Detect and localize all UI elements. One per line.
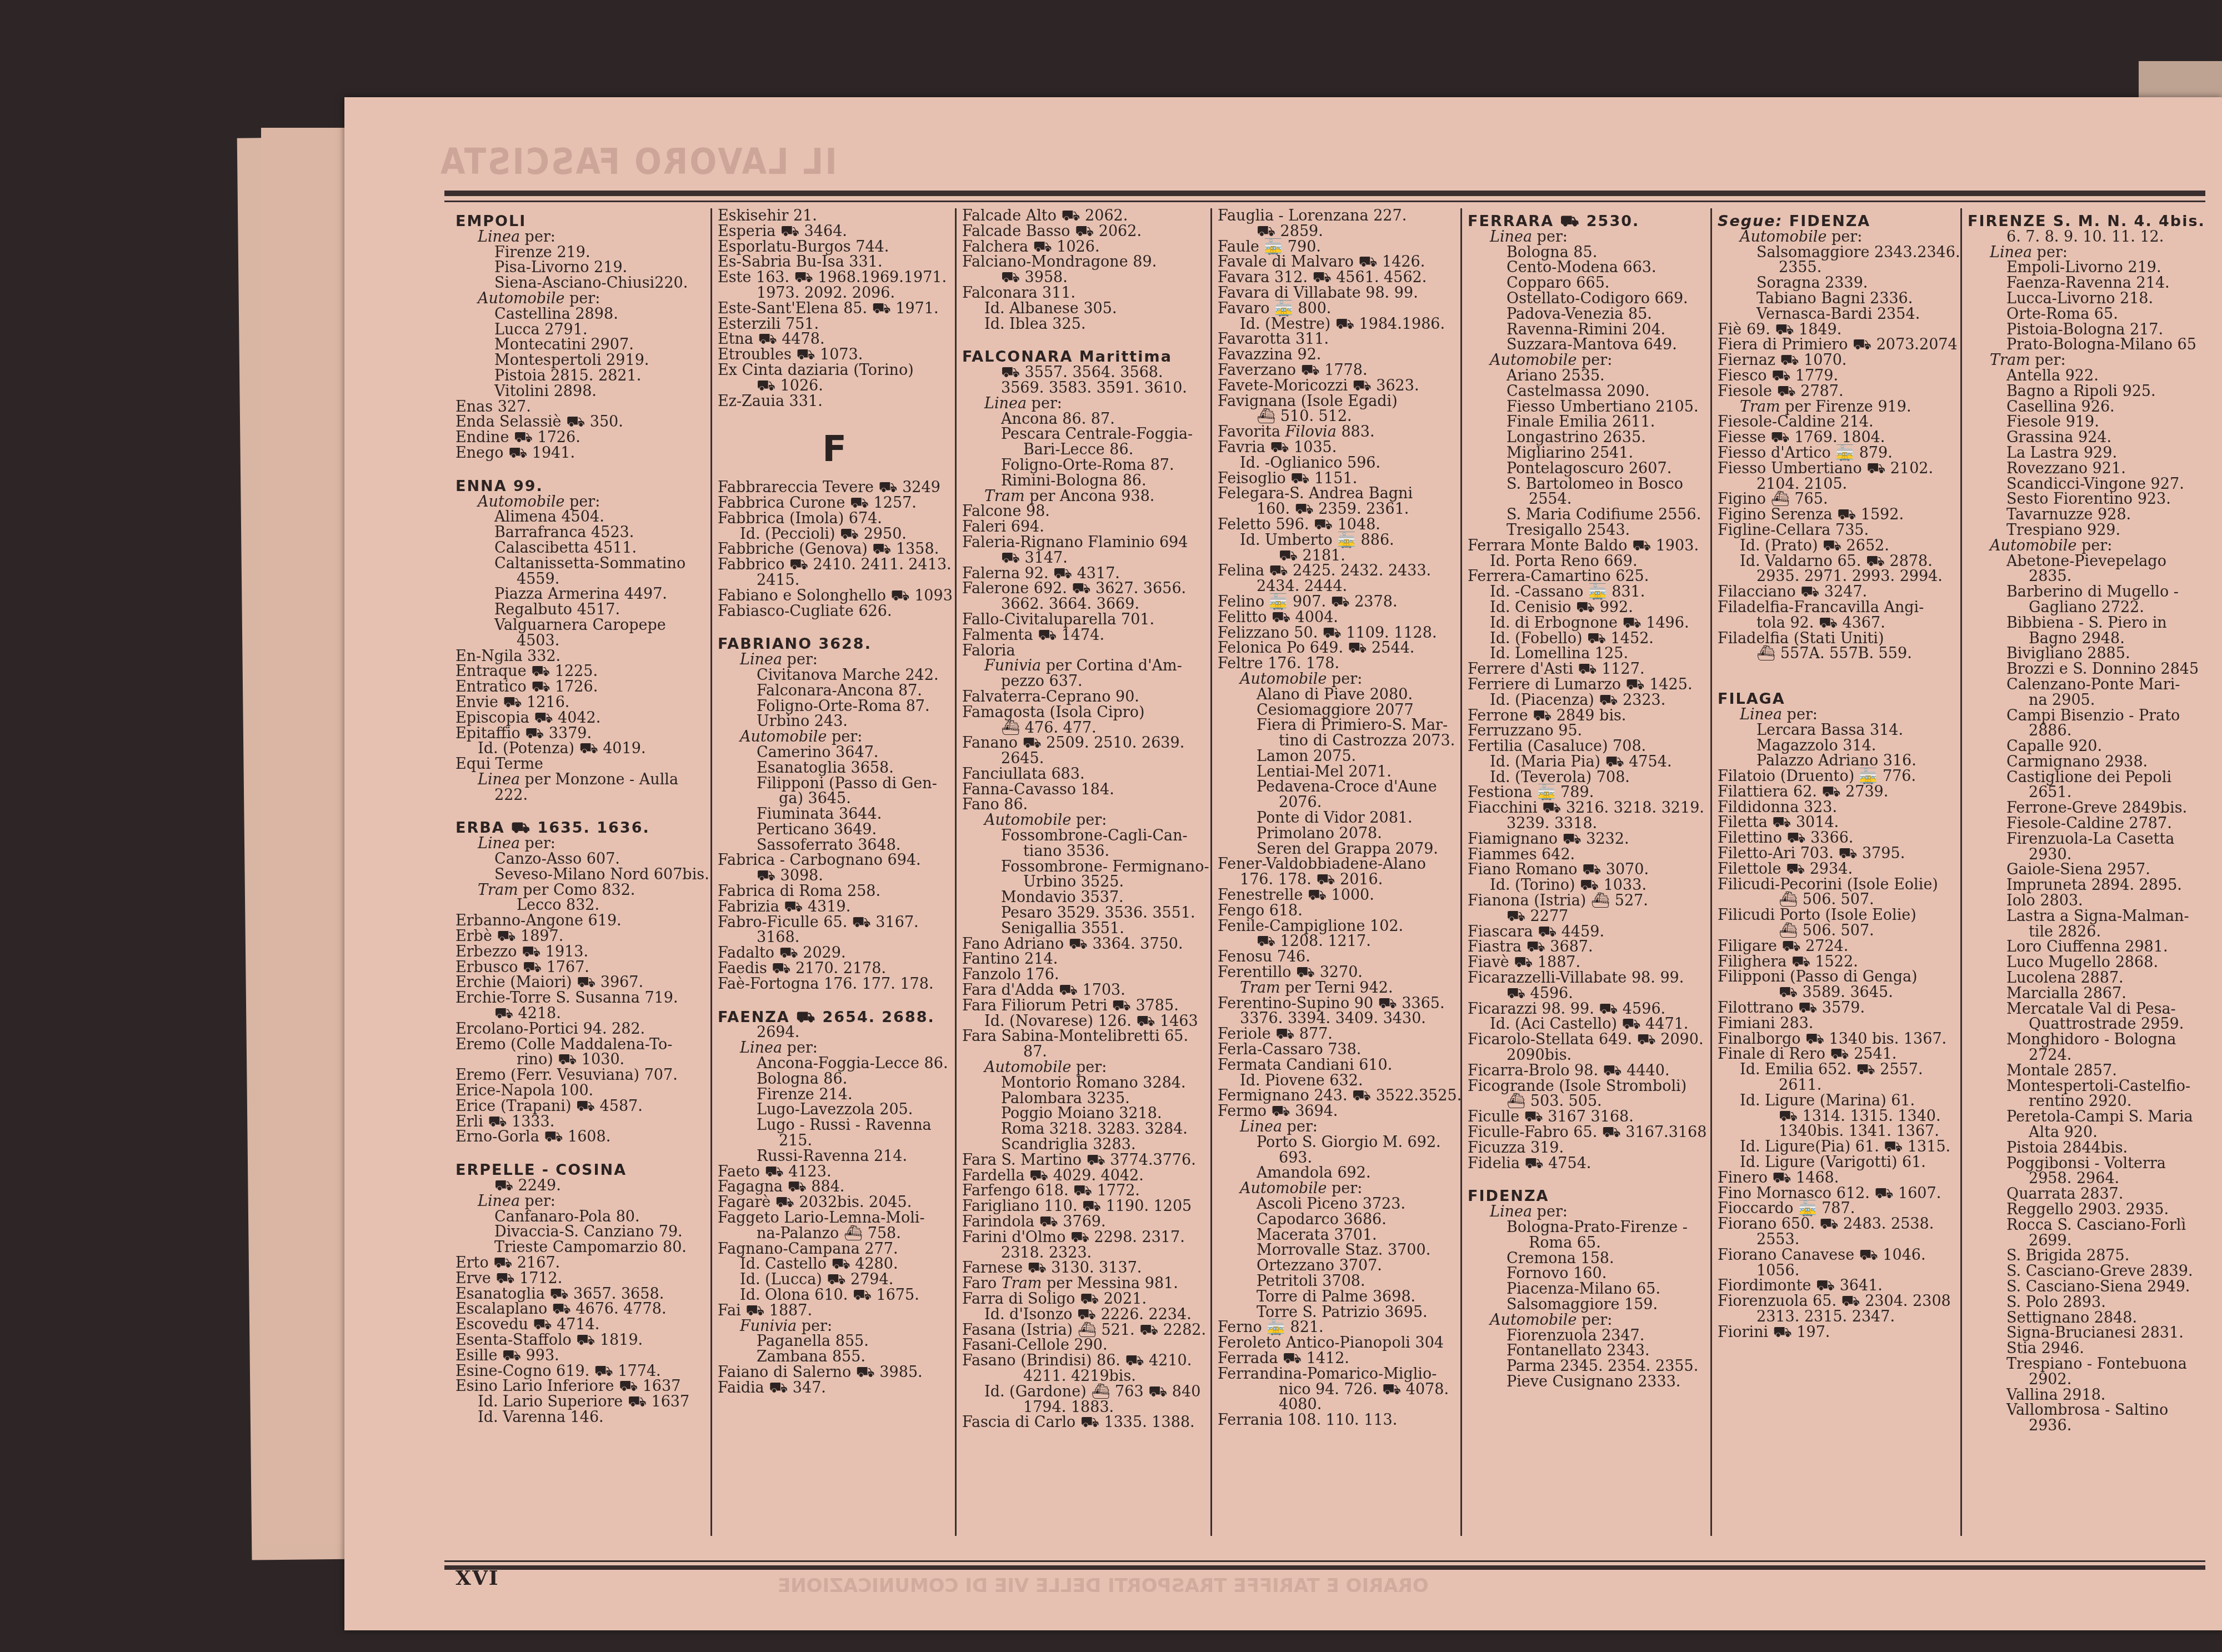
index-entry: Ferentino-Supino 90 ⛟ 3365. xyxy=(1218,996,1457,1012)
index-entry: Suzzara-Mantova 649. xyxy=(1468,337,1706,353)
index-entry: 2076. xyxy=(1218,795,1457,810)
index-entry: Caltanissetta-Sommatino xyxy=(456,556,707,572)
index-entry: Fiacchini ⛟ 3216. 3218. 3219. xyxy=(1468,800,1706,816)
index-entry: 2835. xyxy=(1968,569,2201,584)
entry-heading: FILAGA xyxy=(1718,692,1956,707)
index-entry: Ficarazzelli-Villabate 98. 99. xyxy=(1468,970,1706,986)
index-entry: En-Ngila 332. xyxy=(456,649,707,664)
index-entry: ⛴ 510. 512. xyxy=(1218,409,1457,424)
index-entry: Id. Castello ⛟ 4280. xyxy=(718,1256,951,1272)
index-entry: Etroubles ⛟ 1073. xyxy=(718,347,951,363)
index-entry: Fanna-Cavasso 184. xyxy=(962,782,1207,798)
index-entry: Fantino 214. xyxy=(962,952,1207,967)
index-entry: Fasani-Cellole 290. xyxy=(962,1338,1207,1353)
index-entry: Lamon 2075. xyxy=(1218,749,1457,764)
index-entry: Finero ⛟ 1468. xyxy=(1718,1170,1956,1186)
index-entry: Favara di Villabate 98. 99. xyxy=(1218,286,1457,301)
index-entry: Linea per: xyxy=(456,229,707,245)
index-entry: Falmenta ⛟ 1474. xyxy=(962,628,1207,643)
transport-type-label: Linea xyxy=(1990,244,2032,261)
index-entry: Id. Porta Reno 669. xyxy=(1468,554,1706,569)
index-entry: Filatoio (Druento) 🚋 776. xyxy=(1718,769,1956,784)
index-entry: Erbusco ⛟ 1767. xyxy=(456,960,707,975)
index-entry: Erbè ⛟ 1897. xyxy=(456,929,707,944)
entry-heading: FABRIANO 3628. xyxy=(718,637,951,652)
spacer xyxy=(1718,662,1956,674)
index-entry: Impruneta 2894. 2895. xyxy=(1968,878,2201,893)
index-entry: Id. (Prato) ⛟ 2652. xyxy=(1718,538,1956,554)
index-entry: Id. (Aci Castello) ⛟ 4471. xyxy=(1468,1017,1706,1032)
index-entry: Tram per Como 832. xyxy=(456,883,707,898)
transport-type-label: Tram xyxy=(984,488,1025,505)
index-entry: Entraque ⛟ 1225. xyxy=(456,664,707,679)
index-entry: Entratico ⛟ 1726. xyxy=(456,679,707,695)
index-entry: Eremo (Colle Maddalena-To- xyxy=(456,1037,707,1053)
index-entry: Longastrino 2635. xyxy=(1468,430,1706,445)
index-column-3: Falcade Alto ⛟ 2062.Falcade Basso ⛟ 2062… xyxy=(957,208,1212,1536)
transport-type-label: Automobile xyxy=(1740,228,1826,246)
index-entry: rentino 2920. xyxy=(1968,1094,2201,1109)
index-entry: Linea per: xyxy=(456,836,707,852)
entry-heading: FIRENZE S. M. N. 4. 4bis. xyxy=(1968,214,2201,229)
index-entry: Envie ⛟ 1216. xyxy=(456,695,707,710)
index-entry: Enego ⛟ 1941. xyxy=(456,445,707,461)
index-entry: 3662. 3664. 3669. xyxy=(962,597,1207,612)
index-entry: Automobile per: xyxy=(1218,672,1457,687)
index-entry: Erice (Trapani) ⛟ 4587. xyxy=(456,1099,707,1114)
index-entry: Quarrata 2837. xyxy=(1968,1187,2201,1202)
index-entry: Alimena 4504. xyxy=(456,509,707,525)
index-entry: Filottrano ⛟ 3579. xyxy=(1718,1000,1956,1016)
index-entry: 4080. xyxy=(1218,1397,1457,1413)
index-entry: Fino Mornasco 612. ⛟ 1607. xyxy=(1718,1186,1956,1202)
index-entry: 1340bis. 1341. 1367. xyxy=(1718,1124,1956,1139)
entry-text: Favorita xyxy=(1218,423,1285,440)
index-entry: Lercara Bassa 314. xyxy=(1718,723,1956,738)
index-entry: Pistoia 2844bis. xyxy=(1968,1140,2201,1156)
index-entry: Faiano di Salerno ⛟ 3985. xyxy=(718,1365,951,1380)
index-entry: Fallo-Civitaluparella 701. xyxy=(962,612,1207,628)
index-entry: 2434. 2444. xyxy=(1218,579,1457,594)
index-entry: Finale Emilia 2611. xyxy=(1468,414,1706,430)
index-entry: 2104. 2105. xyxy=(1718,477,1956,492)
index-entry: 2694. xyxy=(718,1025,951,1040)
index-entry: ⛟ 1314. 1315. 1340. xyxy=(1718,1109,1956,1124)
index-entry: Ficarra-Brolo 98. ⛟ 4440. xyxy=(1468,1063,1706,1079)
spacer xyxy=(456,461,707,473)
entry-heading: ERBA ⛟ 1635. 1636. xyxy=(456,820,707,836)
index-entry: Barrafranca 4523. xyxy=(456,525,707,540)
index-entry: Loro Ciuffenna 2981. xyxy=(1968,939,2201,955)
index-entry: Felegara-S. Andrea Bagni xyxy=(1218,486,1457,502)
index-entry: 4211. 4219bis. xyxy=(962,1369,1207,1384)
index-entry: Falvaterra-Ceprano 90. xyxy=(962,689,1207,705)
index-entry: Vallina 2918. xyxy=(1968,1388,2201,1403)
index-entry: Ferrania 108. 110. 113. xyxy=(1218,1413,1457,1428)
index-entry: Padova-Venezia 85. xyxy=(1468,307,1706,322)
transport-type-label: Tram xyxy=(1990,352,2030,369)
index-entry: Valguarnera Caropepe xyxy=(456,618,707,633)
index-entry: Id. Ligure (Varigotti) 61. xyxy=(1718,1155,1956,1170)
index-entry: Fiera di Primiero ⛟ 2073.2074 xyxy=(1718,337,1956,353)
transport-type-label: Automobile xyxy=(1490,1311,1577,1329)
index-entry: Reggello 2903. 2935. xyxy=(1968,1202,2201,1218)
transport-type-label: Tram xyxy=(1240,979,1280,997)
index-entry: Fiesso Umbertiano 2105. xyxy=(1468,399,1706,415)
index-entry: Ascoli Piceno 3723. xyxy=(1218,1197,1457,1212)
index-entry: Tabiano Bagni 2336. xyxy=(1718,291,1956,307)
index-entry: Feletto 596. ⛟ 1048. xyxy=(1218,517,1457,533)
spacer xyxy=(718,992,951,1004)
entry-heading: Segue: FIDENZA xyxy=(1718,214,1956,229)
index-entry: Fiorenzuola 65. ⛟ 2304. 2308 xyxy=(1718,1294,1956,1309)
transport-type-label: Automobile xyxy=(1990,537,2076,554)
index-entry: Fascia di Carlo ⛟ 1335. 1388. xyxy=(962,1415,1207,1430)
index-entry: Carmignano 2938. xyxy=(1968,754,2201,770)
index-entry: Fidelia ⛟ 4754. xyxy=(1468,1156,1706,1172)
index-entry: Id. Ligure (Marina) 61. xyxy=(1718,1093,1956,1109)
index-entry: Morrovalle Staz. 3700. xyxy=(1218,1243,1457,1258)
index-entry: Esanatoglia ⛟ 3657. 3658. xyxy=(456,1286,707,1302)
index-entry: Fiesco ⛟ 1779. xyxy=(1718,368,1956,384)
transport-type-label: Funivia xyxy=(740,1318,797,1335)
index-column-5: FERRARA ⛟ 2530.Linea per:Bologna 85.Cent… xyxy=(1462,208,1712,1536)
index-entry: Ercolano-Portici 94. 282. xyxy=(456,1022,707,1037)
index-entry: Capodarco 3686. xyxy=(1218,1212,1457,1228)
index-entry: Fener-Valdobbiadene-Alano xyxy=(1218,857,1457,872)
index-entry: Tram per: xyxy=(1968,353,2201,368)
index-entry: Sassoferrato 3648. xyxy=(718,838,951,853)
index-entry: Fano Adriano ⛟ 3364. 3750. xyxy=(962,937,1207,952)
index-entry: Erli ⛟ 1333. xyxy=(456,1114,707,1130)
index-entry: Trieste Campomarzio 80. xyxy=(456,1240,707,1255)
index-entry: Faule 🚋 790. xyxy=(1218,239,1457,255)
index-entry: Favara 312. ⛟ 4561. 4562. xyxy=(1218,270,1457,286)
index-entry: Lentiai-Mel 2071. xyxy=(1218,764,1457,780)
index-entry: 693. xyxy=(1218,1150,1457,1166)
index-entry: Faloria xyxy=(962,643,1207,659)
index-entry: Lucca 2791. xyxy=(456,322,707,338)
index-entry: Figline-Cellara 735. xyxy=(1718,523,1956,538)
index-entry: Id. Varenna 146. xyxy=(456,1410,707,1425)
index-page: IL LAVORO FASCISTA EMPOLILinea per:Firen… xyxy=(344,97,2222,1630)
entry-heading: FIDENZA xyxy=(1468,1189,1706,1204)
index-entry: Senigallia 3551. xyxy=(962,921,1207,937)
index-entry: 2611. xyxy=(1718,1078,1956,1093)
index-entry: Fagagna ⛟ 884. xyxy=(718,1179,951,1195)
index-entry: Fiè 69. ⛟ 1849. xyxy=(1718,322,1956,338)
index-entry: Firenze 219. xyxy=(456,245,707,261)
index-entry: 2886. xyxy=(1968,723,2201,739)
index-entry: ⛟ 3147. xyxy=(962,550,1207,566)
transport-type-label: Linea xyxy=(478,228,520,246)
index-entry: Esanatoglia 3658. xyxy=(718,760,951,776)
index-entry: Erto ⛟ 2167. xyxy=(456,1255,707,1271)
index-entry: Primolano 2078. xyxy=(1218,826,1457,842)
index-entry: Favria ⛟ 1035. xyxy=(1218,440,1457,455)
index-entry: 2936. xyxy=(1968,1418,2201,1434)
index-entry: Urbino 3525. xyxy=(962,874,1207,890)
index-entry: Ferla-Cassaro 738. xyxy=(1218,1042,1457,1058)
index-entry: Id. Lomellina 125. xyxy=(1468,646,1706,662)
index-entry: S. Bartolomeo in Bosco xyxy=(1468,477,1706,492)
index-entry: Amandola 692. xyxy=(1218,1165,1457,1181)
index-entry: Falconara 311. xyxy=(962,286,1207,301)
index-entry: Fossombrone-Cagli-Can- xyxy=(962,828,1207,844)
index-entry: ⛴ 506. 507. xyxy=(1718,892,1956,908)
spacer xyxy=(1468,1171,1706,1183)
index-entry: Feltre 176. 178. xyxy=(1218,656,1457,672)
index-entry: Favignana (Isole Egadi) xyxy=(1218,394,1457,409)
index-entry: Fabbrica (Imola) 674. xyxy=(718,511,951,527)
index-entry: Gaiole-Siena 2957. xyxy=(1968,862,2201,878)
index-entry: Quattrostrade 2959. xyxy=(1968,1017,2201,1032)
index-entry: Linea per: xyxy=(718,652,951,668)
index-entry: Faleri 694. xyxy=(962,519,1207,535)
index-entry: ⛟ 1208. 1217. xyxy=(1218,934,1457,949)
index-entry: Roma 3218. 3283. 3284. xyxy=(962,1122,1207,1137)
index-entry: Cento-Modena 663. xyxy=(1468,260,1706,276)
index-entry: Filadelfia-Francavilla Angi- xyxy=(1718,600,1956,615)
index-entry: Copparo 665. xyxy=(1468,276,1706,291)
transport-type-label: Filovia xyxy=(1285,423,1337,440)
index-entry: Rovezzano 921. xyxy=(1968,461,2201,477)
index-entry: Falcade Alto ⛟ 2062. xyxy=(962,208,1207,224)
index-entry: Linea per: xyxy=(456,1194,707,1209)
index-entry: 1794. 1883. xyxy=(962,1400,1207,1415)
index-entry: Paganella 855. xyxy=(718,1334,951,1349)
index-entry: Calascibetta 4511. xyxy=(456,540,707,556)
index-entry: Bologna 85. xyxy=(1468,245,1706,261)
index-entry: Fagnano-Campana 277. xyxy=(718,1241,951,1257)
index-entry: Favarotta 311. xyxy=(1218,332,1457,347)
index-entry: Este 163. ⛟ 1968.1969.1971. xyxy=(718,270,951,286)
index-entry: Favorita Filovia 883. xyxy=(1218,424,1457,440)
index-entry: Fontanellato 2343. xyxy=(1468,1343,1706,1359)
index-entry: Id. (Piacenza) ⛟ 2323. xyxy=(1468,693,1706,708)
index-entry: Fabiano e Solonghello ⛟ 1093 xyxy=(718,588,951,604)
index-entry: Ferrandina-Pomarico-Miglio- xyxy=(1218,1366,1457,1382)
index-entry: ⛴ 503. 505. xyxy=(1468,1094,1706,1109)
index-entry: Perticano 3649. xyxy=(718,822,951,838)
index-entry: Ariano 2535. xyxy=(1468,368,1706,384)
index-entry: Montespertoli-Castelfio- xyxy=(1968,1079,2201,1094)
index-entry: Ferrone ⛟ 2849 bis. xyxy=(1468,708,1706,724)
index-entry: Automobile per: xyxy=(962,1060,1207,1075)
index-entry: Fara Sabina-Montelibretti 65. xyxy=(962,1029,1207,1044)
transport-type-label: Automobile xyxy=(1240,1180,1327,1197)
index-entry: Favale di Malvaro ⛟ 1426. xyxy=(1218,254,1457,270)
index-entry: Fiascara ⛟ 4459. xyxy=(1468,924,1706,940)
index-entry: Ferno 🚋 821. xyxy=(1218,1320,1457,1335)
index-entry: Grassina 924. xyxy=(1968,430,2201,445)
index-entry: Ferriere di Lumarzo ⛟ 1425. xyxy=(1468,677,1706,693)
index-entry: S. Casciano-Siena 2949. xyxy=(1968,1279,2201,1295)
index-entry: Fabiasco-Cugliate 626. xyxy=(718,604,951,619)
index-entry: Funivia per Cortina d'Am- xyxy=(962,658,1207,674)
index-entry: Automobile per: xyxy=(962,813,1207,828)
index-entry: Fermignano 243. ⛟ 3522.3525. xyxy=(1218,1088,1457,1104)
index-entry: 2902. xyxy=(1968,1372,2201,1388)
index-entry: Macerata 3701. xyxy=(1218,1228,1457,1243)
index-entry: Gagliano 2722. xyxy=(1968,600,2201,615)
index-entry: Figino Serenza ⛟ 1592. xyxy=(1718,507,1956,523)
index-entry: Filigare ⛟ 2724. xyxy=(1718,939,1956,954)
index-entry: Lugo - Russi - Ravenna xyxy=(718,1118,951,1133)
index-entry: Capalle 920. xyxy=(1968,739,2201,754)
index-entry: Fabrica - Carbognano 694. xyxy=(718,853,951,868)
index-entry: Fiernaz ⛟ 1070. xyxy=(1718,353,1956,368)
index-entry: Fenestrelle ⛟ 1000. xyxy=(1218,888,1457,903)
bleed-through-header: IL LAVORO FASCISTA xyxy=(439,142,837,183)
index-entry: Linea per: xyxy=(1468,1204,1706,1220)
index-entry: Salsomaggiore 2343.2346. xyxy=(1718,245,1956,261)
index-entry: 2090bis. xyxy=(1468,1048,1706,1063)
index-entry: 2651. xyxy=(1968,785,2201,800)
index-entry: Montespertoli 2919. xyxy=(456,353,707,368)
index-entry: Linea per: xyxy=(1718,707,1956,723)
index-entry: ⛴ 476. 477. xyxy=(962,720,1207,736)
entry-heading: FERRARA ⛟ 2530. xyxy=(1468,214,1706,229)
index-entry: Sesto Fiorentino 923. xyxy=(1968,492,2201,507)
index-entry: Linea per: xyxy=(1968,245,2201,261)
index-entry: Fiavè ⛟ 1887. xyxy=(1468,955,1706,970)
entry-heading: ENNA 99. xyxy=(456,479,707,494)
index-entry: Automobile per: xyxy=(1968,538,2201,554)
section-letter: F xyxy=(718,442,951,458)
index-entry: Bologna-Prato-Firenze - xyxy=(1468,1220,1706,1235)
index-entry: Escalaplano ⛟ 4676. 4778. xyxy=(456,1301,707,1317)
index-entry: Ficulle ⛟ 3167 3168. xyxy=(1468,1109,1706,1125)
index-entry: Ravenna-Rimini 204. xyxy=(1468,322,1706,338)
index-entry: Siena-Asciano-Chiusi220. xyxy=(456,276,707,291)
index-entry: Fildidonna 323. xyxy=(1718,800,1956,815)
spacer xyxy=(962,332,1207,344)
index-entry: Lecco 832. xyxy=(456,898,707,913)
index-entry: Fara S. Martino ⛟ 3774.3776. xyxy=(962,1153,1207,1168)
index-entry: Bibbiena - S. Piero in xyxy=(1968,615,2201,631)
index-entry: Pedavena-Croce d'Aune xyxy=(1218,779,1457,795)
index-entry: Fara d'Adda ⛟ 1703. xyxy=(962,983,1207,998)
index-entry: 215. xyxy=(718,1133,951,1149)
transport-type-label: Linea xyxy=(1490,228,1532,246)
index-entry: 3569. 3583. 3591. 3610. xyxy=(962,381,1207,396)
index-entry: Torre S. Patrizio 3695. xyxy=(1218,1305,1457,1320)
entry-heading: FALCONARA Marittima xyxy=(962,349,1207,365)
spacer xyxy=(456,1145,707,1157)
index-entry: Filetto-Ari 703. ⛟ 3795. xyxy=(1718,846,1956,862)
index-entry: Faleria-Rignano Flaminio 694 xyxy=(962,535,1207,550)
index-entry: Piacenza-Milano 65. xyxy=(1468,1281,1706,1297)
index-entry: rino) ⛟ 1030. xyxy=(456,1052,707,1068)
index-entry: Festiona 🚋 789. xyxy=(1468,785,1706,800)
transport-type-label: Linea xyxy=(740,1039,782,1057)
index-entry: Bivigliano 2885. xyxy=(1968,646,2201,662)
index-entry: Trespiano 929. xyxy=(1968,523,2201,538)
index-entry: Id. (Novarese) 126. ⛟ 1463 xyxy=(962,1014,1207,1029)
index-entry: ga) 3645. xyxy=(718,791,951,807)
index-entry: Id. d'Isonzo ⛟ 2226. 2234. xyxy=(962,1307,1207,1323)
index-entry: Fiesso Umbertiano ⛟ 2102. xyxy=(1718,461,1956,477)
index-entry: Cremona 158. xyxy=(1468,1251,1706,1266)
index-entry: Tram per Firenze 919. xyxy=(1718,399,1956,415)
index-entry: Prato-Bologna-Milano 65 xyxy=(1968,337,2201,353)
index-entry: Id. (Lucca) ⛟ 2794. xyxy=(718,1272,951,1288)
page-number: XVI xyxy=(456,1566,499,1590)
transport-type-label: Linea xyxy=(478,771,520,788)
index-entry: Ferrone-Greve 2849bis. xyxy=(1968,800,2201,816)
index-entry: Stia 2946. xyxy=(1968,1341,2201,1356)
index-entry: Regalbuto 4517. xyxy=(456,602,707,618)
index-entry: Fasano (Brindisi) 86. ⛟ 4210. xyxy=(962,1353,1207,1369)
index-entry: Filattiera 62. ⛟ 2739. xyxy=(1718,784,1956,800)
index-entry: Magazzolo 314. xyxy=(1718,738,1956,754)
index-entry: Bologna 86. xyxy=(718,1072,951,1087)
index-column-2: Eskisehir 21.Esperia ⛟ 3464.Esporlatu-Bu… xyxy=(712,208,957,1536)
transport-type-label: Funivia xyxy=(984,657,1041,674)
index-entry: Etna ⛟ 4478. xyxy=(718,332,951,347)
index-entry: Lucolena 2887. xyxy=(1968,970,2201,986)
index-entry: Id. Lario Superiore ⛟ 1637 xyxy=(456,1394,707,1410)
index-entry: ⛟ 3557. 3564. 3568. xyxy=(962,365,1207,381)
index-entry: Falconara-Ancona 87. xyxy=(718,683,951,699)
index-entry: Esporlatu-Burgos 744. xyxy=(718,239,951,255)
index-entry: nico 94. 726. ⛟ 4078. xyxy=(1218,1382,1457,1398)
index-entry: Montecatini 2907. xyxy=(456,337,707,353)
index-entry: Lucca-Livorno 218. xyxy=(1968,291,2201,307)
index-entry: S. Maria Codifiume 2556. xyxy=(1468,507,1706,523)
index-entry: Automobile per: xyxy=(1718,229,1956,245)
index-entry: Orte-Roma 65. xyxy=(1968,307,2201,322)
index-entry: Linea per: xyxy=(718,1040,951,1056)
index-entry: Bari-Lecce 86. xyxy=(962,442,1207,458)
index-entry: Alta 920. xyxy=(1968,1125,2201,1140)
index-entry: 2935. 2971. 2993. 2994. xyxy=(1718,569,1956,584)
index-entry: Feriole ⛟ 877. xyxy=(1218,1027,1457,1042)
index-entry: Fagarè ⛟ 2032bis. 2045. xyxy=(718,1195,951,1210)
index-entry: na-Palanzo ⛴ 758. xyxy=(718,1226,951,1241)
transport-type-label: Automobile xyxy=(1240,670,1327,688)
index-entry: Equi Terme xyxy=(456,757,707,772)
spacer xyxy=(1718,674,1956,686)
transport-type-label: Automobile xyxy=(478,290,564,307)
index-entry: 1056. xyxy=(1718,1263,1956,1279)
index-entry: Pesaro 3529. 3536. 3551. xyxy=(962,905,1207,921)
index-entry: Divaccia-S. Canziano 79. xyxy=(456,1224,707,1240)
index-entry: Escovedu ⛟ 4714. xyxy=(456,1317,707,1333)
index-entry: Linea per: xyxy=(962,396,1207,412)
spacer xyxy=(718,619,951,631)
index-entry: Roma 65. xyxy=(1468,1235,1706,1251)
index-entry: Filettole ⛟ 2934. xyxy=(1718,862,1956,877)
index-entry: Lastra a Signa-Malman- xyxy=(1968,909,2201,924)
index-entry: Canfanaro-Pola 80. xyxy=(456,1209,707,1225)
index-entry: Erbezzo ⛟ 1913. xyxy=(456,944,707,960)
index-entry: Automobile per: xyxy=(1218,1181,1457,1197)
index-column-7: FIRENZE S. M. N. 4. 4bis.6. 7. 8. 9. 10.… xyxy=(1962,208,2206,1536)
transport-type-label: Automobile xyxy=(478,493,564,510)
index-entry: Soragna 2339. xyxy=(1718,276,1956,291)
index-entry: tiano 3536. xyxy=(962,844,1207,859)
transport-type-label: Tram xyxy=(478,882,518,899)
index-entry: Salsomaggiore 159. xyxy=(1468,1297,1706,1313)
index-entry: Pescara Centrale-Foggia- xyxy=(962,427,1207,442)
index-entry: Rocca S. Casciano-Forlì xyxy=(1968,1218,2201,1233)
index-entry: Faeto ⛟ 4123. xyxy=(718,1164,951,1180)
index-entry: Palazzo Adriano 316. xyxy=(1718,753,1956,769)
index-entry: Finale di Rero ⛟ 2541. xyxy=(1718,1047,1956,1062)
index-entry: Id. (Peccioli) ⛟ 2950. xyxy=(718,527,951,542)
